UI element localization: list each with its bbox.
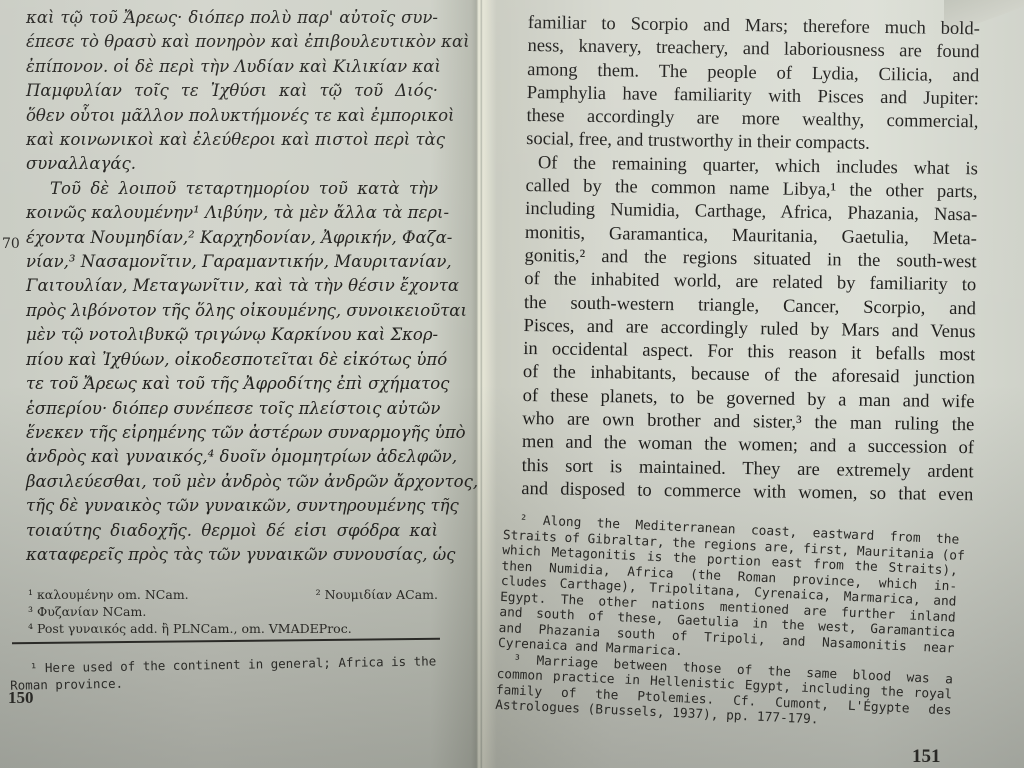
greek-line: καὶ κοινωνικοὶ καὶ ἐλεύθεροι καὶ πιστοὶ …: [26, 128, 438, 152]
page-number-right: 151: [912, 746, 941, 768]
greek-line: Παμφυλίαν τοῖς τε Ἰχθύσι καὶ τῷ τοῦ Διός…: [26, 79, 438, 103]
greek-line: νίαν,³ Νασαμονῖτιν, Γαραμαντικήν, Μαυριτ…: [26, 250, 438, 274]
greek-line: συναλλαγάς.: [26, 152, 438, 176]
greek-line: πίου καὶ Ἰχθύων, οἰκοδεσποτεῖται δὲ εἰκό…: [26, 348, 438, 372]
apparatus-note-2: ² Νουμιδίαν ACam.: [316, 586, 438, 603]
greek-line: μὲν τῷ νοτολιβυκῷ τριγώνῳ Καρκίνου καὶ Σ…: [26, 323, 438, 347]
greek-line: ὅθεν οὗτοι μᾶλλον πολυκτήμονές τε καὶ ἐμ…: [26, 104, 438, 128]
left-footnote: ¹ Here used of the continent in general;…: [10, 652, 441, 693]
apparatus-note-1: ¹ καλουμένην om. NCam.: [28, 586, 189, 603]
apparatus-criticus: ¹ καλουμένην om. NCam. ² Νουμιδίαν ACam.…: [28, 586, 438, 637]
greek-line: καταφερεῖς πρὸς τὰς τῶν γυναικῶν συνουσί…: [26, 543, 438, 567]
greek-line: Τοῦ δὲ λοιποῦ τεταρτημορίου τοῦ κατὰ τὴν: [26, 177, 438, 201]
greek-line: τῆς δὲ γυναικὸς τῶν γυναικῶν, συντηρουμέ…: [26, 494, 438, 518]
greek-line: πρὸς λιβόνοτον τῆς ὅλης οἰκουμένης, συνο…: [26, 299, 438, 323]
greek-line: ἐπίπονον. οἱ δὲ περὶ τὴν Λυδίαν καὶ Κιλι…: [26, 55, 438, 79]
greek-line: ἑσπερίου· διόπερ συνέπεσε τοῖς πλείστοις…: [26, 397, 438, 421]
greek-line: ἕνεκεν τῆς εἰρημένης τῶν ἀστέρων συναρμο…: [26, 421, 438, 445]
greek-line: ἀνδρὸς καὶ γυναικός,⁴ δυοῖν ὁμομητρίων ἀ…: [26, 445, 438, 469]
greek-line: έχοντα Νουμηδίαν,² Καρχηδονίαν, Ἀφρικήν,…: [26, 226, 438, 250]
footnote-divider: [12, 638, 440, 644]
greek-text-block: καὶ τῷ τοῦ Ἄρεως· διόπερ πολὺ παρ' αὐτοῖ…: [26, 6, 438, 567]
right-footnotes: ² Along the Mediterranean coast, eastwar…: [495, 512, 960, 734]
page-number-left: 150: [8, 688, 34, 708]
greek-line: Γαιτουλίαν, Μεταγωνῖτιν, καὶ τὰ τὴν θέσι…: [26, 274, 438, 298]
greek-line: καὶ τῷ τοῦ Ἄρεως· διόπερ πολὺ παρ' αὐτοῖ…: [26, 6, 438, 30]
apparatus-note-4: ⁴ Post γυναικός add. ἢ PLNCam., om. VMAD…: [28, 620, 352, 637]
greek-line: κοινῶς καλουμένην¹ Λιβύην, τὰ μὲν ἄλλα τ…: [26, 201, 438, 225]
greek-line: βασιλεύεσθαι, τοῦ μὲν ἀνδρὸς τῶν ἀνδρῶν …: [26, 470, 438, 494]
apparatus-note-3: ³ Φυζανίαν NCam.: [28, 603, 146, 620]
english-text-block: familiar to Scorpio and Mars; therefore …: [521, 12, 980, 507]
line-number-margin: 70: [2, 236, 20, 252]
greek-line: τοιαύτης διαδοχῆς. θερμοὶ δέ εἰσι σφόδρα…: [26, 519, 438, 543]
greek-line: έπεσε τὸ θρασὺ καὶ πονηρὸν καὶ ἐπιβουλευ…: [26, 30, 438, 54]
greek-line: τε τοῦ Ἄρεως καὶ τοῦ τῆς Ἀφροδίτης ἐπὶ σ…: [26, 372, 438, 396]
left-page-150: καὶ τῷ τοῦ Ἄρεως· διόπερ πολὺ παρ' αὐτοῖ…: [0, 0, 478, 768]
